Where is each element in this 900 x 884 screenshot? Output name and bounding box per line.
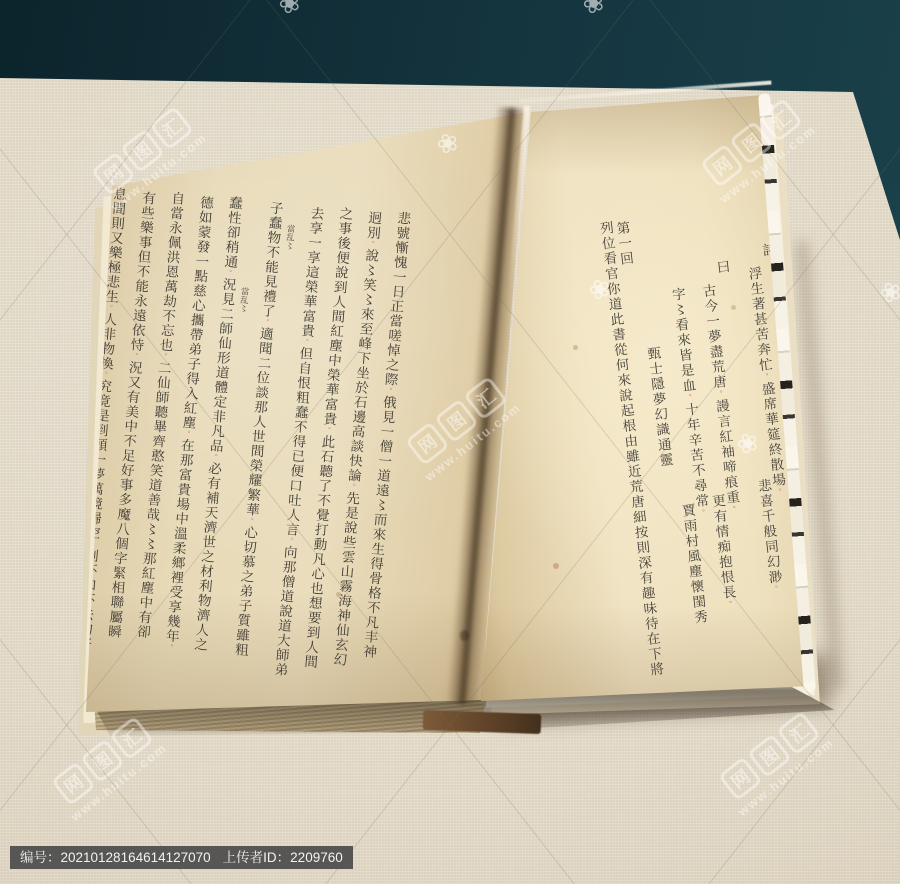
red-punctuation-dot: 。 — [715, 390, 724, 400]
red-punctuation-dot: 。 — [182, 430, 191, 439]
paper-stain — [336, 592, 341, 597]
image-number: 编号：20210128164614127070 — [20, 846, 211, 869]
red-punctuation-dot: 。 — [105, 304, 114, 313]
red-punctuation-dot: 。 — [697, 509, 706, 519]
red-punctuation-dot: 。 — [246, 517, 255, 526]
book-cover-edge — [423, 710, 542, 734]
red-punctuation-dot: 。 — [724, 600, 733, 610]
red-punctuation-dot: 。 — [166, 643, 175, 652]
red-punctuation-dot: 。 — [210, 453, 219, 462]
red-punctuation-dot: 。 — [261, 318, 270, 327]
red-punctuation-dot: 。 — [761, 373, 770, 383]
red-punctuation-dot: 。 — [348, 483, 357, 492]
red-punctuation-dot: 。 — [130, 352, 139, 361]
paper-stain — [573, 345, 578, 350]
paper-stain — [553, 563, 559, 569]
annotation-column: 四句乃一部之總綱 — [53, 595, 67, 651]
red-punctuation-dot: 。 — [384, 387, 393, 396]
uploader-id: 上传者ID：2209760 — [223, 846, 343, 869]
image-id-bar: 编号：20210128164614127070 上传者ID：2209760 — [10, 846, 353, 869]
red-punctuation-dot: 。 — [301, 338, 310, 347]
red-punctuation-dot: 。 — [224, 269, 233, 278]
red-punctuation-dot: 。 — [770, 585, 779, 595]
red-punctuation-dot: 。 — [774, 488, 783, 498]
book: 悲號慚愧一日正當嗟悼之際。俄見一僧一道遠〻而來生得骨格不凡丰神迥別。說〻笑〻來至… — [0, 0, 900, 884]
stock-photo: 悲號慚愧一日正當嗟悼之際。俄見一僧一道遠〻而來生得骨格不凡丰神迥別。說〻笑〻來至… — [0, 0, 900, 884]
red-punctuation-dot: 。 — [323, 426, 332, 435]
red-punctuation-dot: 。 — [367, 240, 376, 249]
paper-stain — [731, 305, 736, 310]
paper-stain — [460, 630, 469, 641]
red-punctuation-dot: 。 — [159, 352, 168, 361]
right-page: 情並非怨世罵時之書矣雖一時有涉於世態然亦不得不敘者但非其本旨耳閱者切記之。詩浮生… — [481, 95, 811, 702]
red-punctuation-dot: 。 — [285, 537, 294, 546]
red-punctuation-dot: 。 — [728, 505, 737, 515]
red-punctuation-dot: 。 — [684, 393, 693, 403]
left-page: 悲號慚愧一日正當嗟悼之際。俄見一僧一道遠〻而來生得骨格不凡丰神迥別。說〻笑〻來至… — [86, 112, 527, 712]
